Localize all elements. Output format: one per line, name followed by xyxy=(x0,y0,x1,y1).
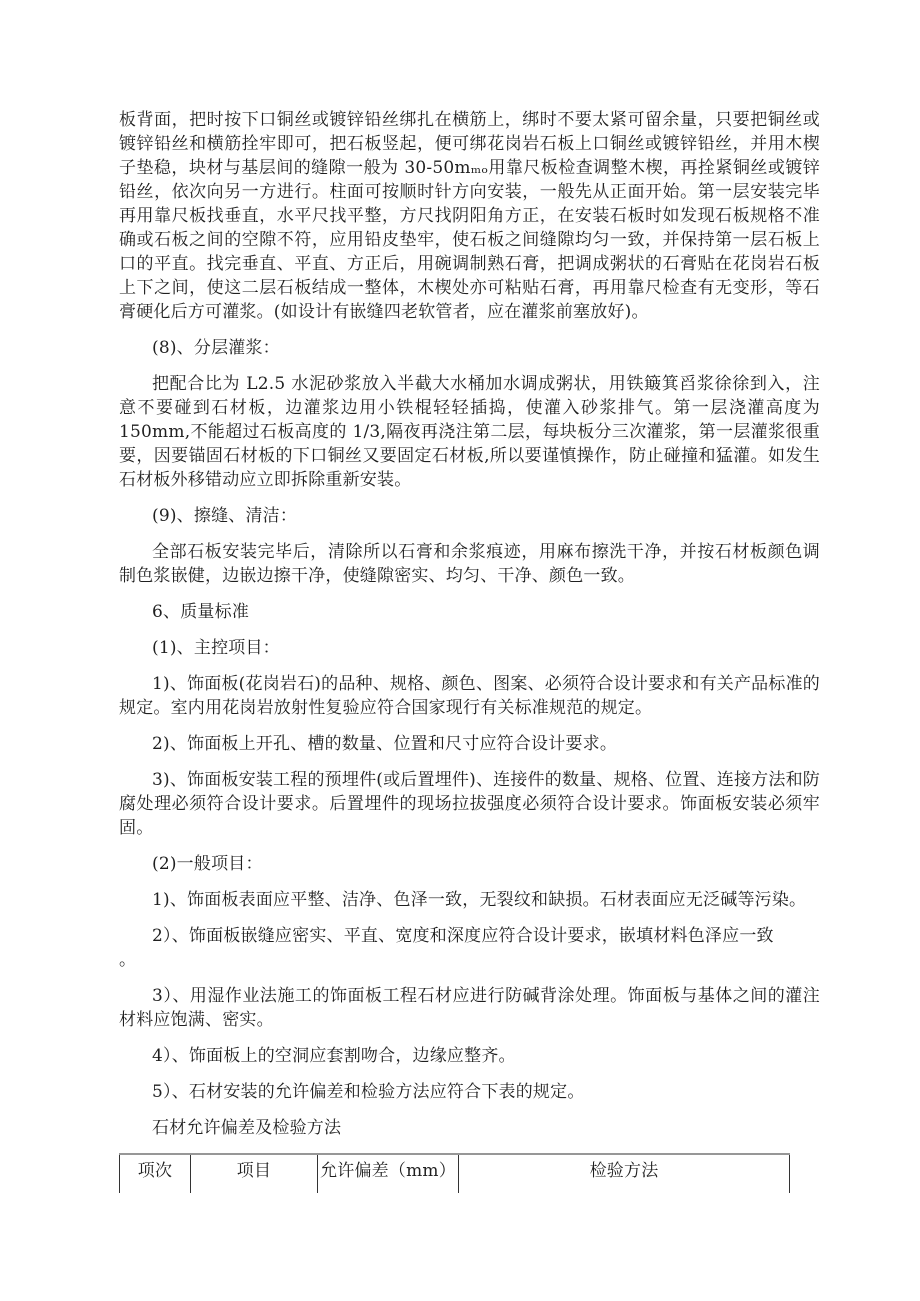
main-control-item-1: 1)、饰面板(花岗岩石)的品种、规格、颜色、图案、必须符合设计要求和有关产品标准… xyxy=(119,672,820,720)
table-header-item: 项目 xyxy=(190,1155,317,1193)
deviation-table-caption: 石材允许偏差及检验方法 xyxy=(119,1116,820,1140)
paragraph-joint-cleaning: 全部石板安装完毕后，清除所以石膏和余浆痕迹，用麻布擦洗干净，并按石材板颜色调制色… xyxy=(119,540,820,588)
heading-joint-cleaning: (9)、擦缝、清洁： xyxy=(119,504,820,528)
deviation-table: 项次 项目 允许偏差（mm） 检验方法 xyxy=(119,1153,790,1193)
paragraph-layered-grouting: 把配合比为 L2.5 水泥砂浆放入半截大水桶加水调成粥状，用铁簸箕舀浆徐徐到入，… xyxy=(119,372,820,492)
heading-general-items: (2)一般项目： xyxy=(119,852,820,876)
document-page: 板背面，把时按下口铜丝或镀锌铅丝绑扎在横筋上，绑时不要太紧可留余量，只要把铜丝或… xyxy=(0,0,920,1301)
general-item-1: 1)、饰面板表面应平整、洁净、色泽一致，无裂纹和缺损。石材表面应无泛碱等污染。 xyxy=(119,888,820,912)
general-item-4: 4）、饰面板上的空洞应套割吻合，边缘应整齐。 xyxy=(119,1044,820,1068)
main-control-item-2: 2)、饰面板上开孔、槽的数量、位置和尺寸应符合设计要求。 xyxy=(119,732,820,756)
heading-layered-grouting: (8)、分层灌浆： xyxy=(119,336,820,360)
heading-main-control-items: (1)、主控项目： xyxy=(119,636,820,660)
general-item-3: 3）、用湿作业法施工的饰面板工程石材应进行防碱背涂处理。饰面板与基体之间的灌注材… xyxy=(119,984,820,1032)
general-item-2: 2）、饰面板嵌缝应密实、平直、宽度和深度应符合设计要求，嵌填材料色泽应一致 。 xyxy=(119,924,820,972)
table-header-allowed-deviation: 允许偏差（mm） xyxy=(317,1155,458,1193)
paragraph-stone-fixing-continuation: 板背面，把时按下口铜丝或镀锌铅丝绑扎在横筋上，绑时不要太紧可留余量，只要把铜丝或… xyxy=(119,108,820,324)
table-header-item-no: 项次 xyxy=(119,1155,190,1193)
main-control-item-3: 3)、饰面板安装工程的预埋件(或后置埋件)、连接件的数量、规格、位置、连接方法和… xyxy=(119,768,820,840)
general-item-5: 5）、石材安装的允许偏差和检验方法应符合下表的规定。 xyxy=(119,1080,820,1104)
heading-quality-standard: 6、质量标准 xyxy=(119,600,820,624)
table-header-inspection-method: 检验方法 xyxy=(458,1155,790,1193)
